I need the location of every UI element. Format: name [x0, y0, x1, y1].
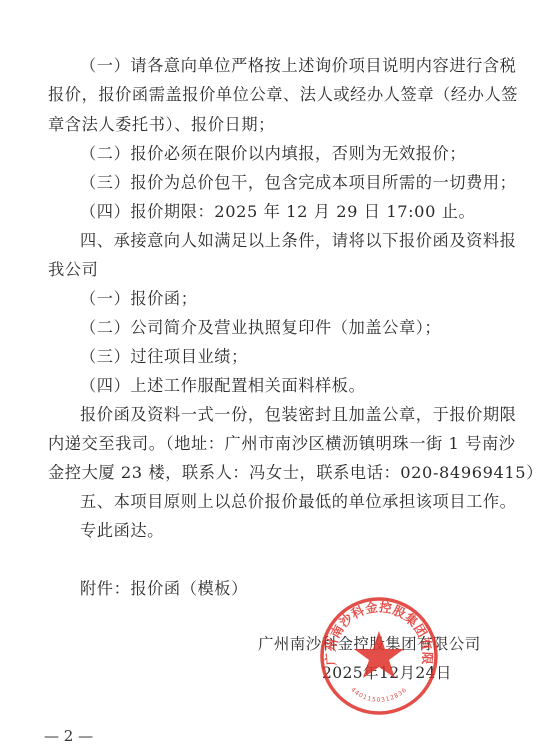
list-item: （一）报价函；	[80, 289, 198, 309]
closing-line: 专此函达。	[80, 521, 164, 541]
text-line: 章含法人委托书）、报价日期；	[48, 115, 275, 135]
company-seal-icon: 广州南沙科金控股集团有限公司 4401150312836	[318, 595, 440, 717]
text-line: （四）报价期限：2025 年 12 月 29 日 17:00 止。	[80, 202, 475, 222]
text-line: 报价函及资料一式一份，包装密封且加盖公章，于报价期限	[80, 405, 516, 425]
page-number: — 2 —	[44, 727, 93, 745]
text-line: （一）请各意向单位严格按上述询价项目说明内容进行含税	[80, 56, 516, 76]
text-line: （二）报价必须在限价以内填报，否则为无效报价；	[80, 144, 466, 164]
text-line: 内递交至我司。（地址：广州市南沙区横沥镇明珠一街 1 号南沙	[48, 434, 516, 454]
attachment-line: 附件：报价函（模板）	[80, 579, 248, 599]
text-line: （三）报价为总价包干，包含完成本项目所需的一切费用；	[80, 173, 516, 193]
text-line: 报价，报价函需盖报价单位公章、法人或经办人签章（经办人签	[48, 85, 518, 105]
list-item: （二）公司简介及营业执照复印件（加盖公章）；	[80, 318, 441, 338]
list-item: （三）过往项目业绩；	[80, 347, 248, 367]
svg-text:4401150312836: 4401150312836	[349, 686, 408, 703]
section-heading: 五、本项目原则上以总价报价最低的单位承担该项目工作。	[80, 492, 516, 512]
list-item: （四）上述工作服配置相关面料样板。	[80, 376, 365, 396]
text-line: 金控大厦 23 楼，联系人：冯女士，联系电话：020-84969415）	[48, 463, 543, 483]
section-heading: 四、承接意向人如满足以上条件，请将以下报价函及资料报	[80, 231, 516, 251]
text-line: 我公司	[48, 260, 98, 280]
